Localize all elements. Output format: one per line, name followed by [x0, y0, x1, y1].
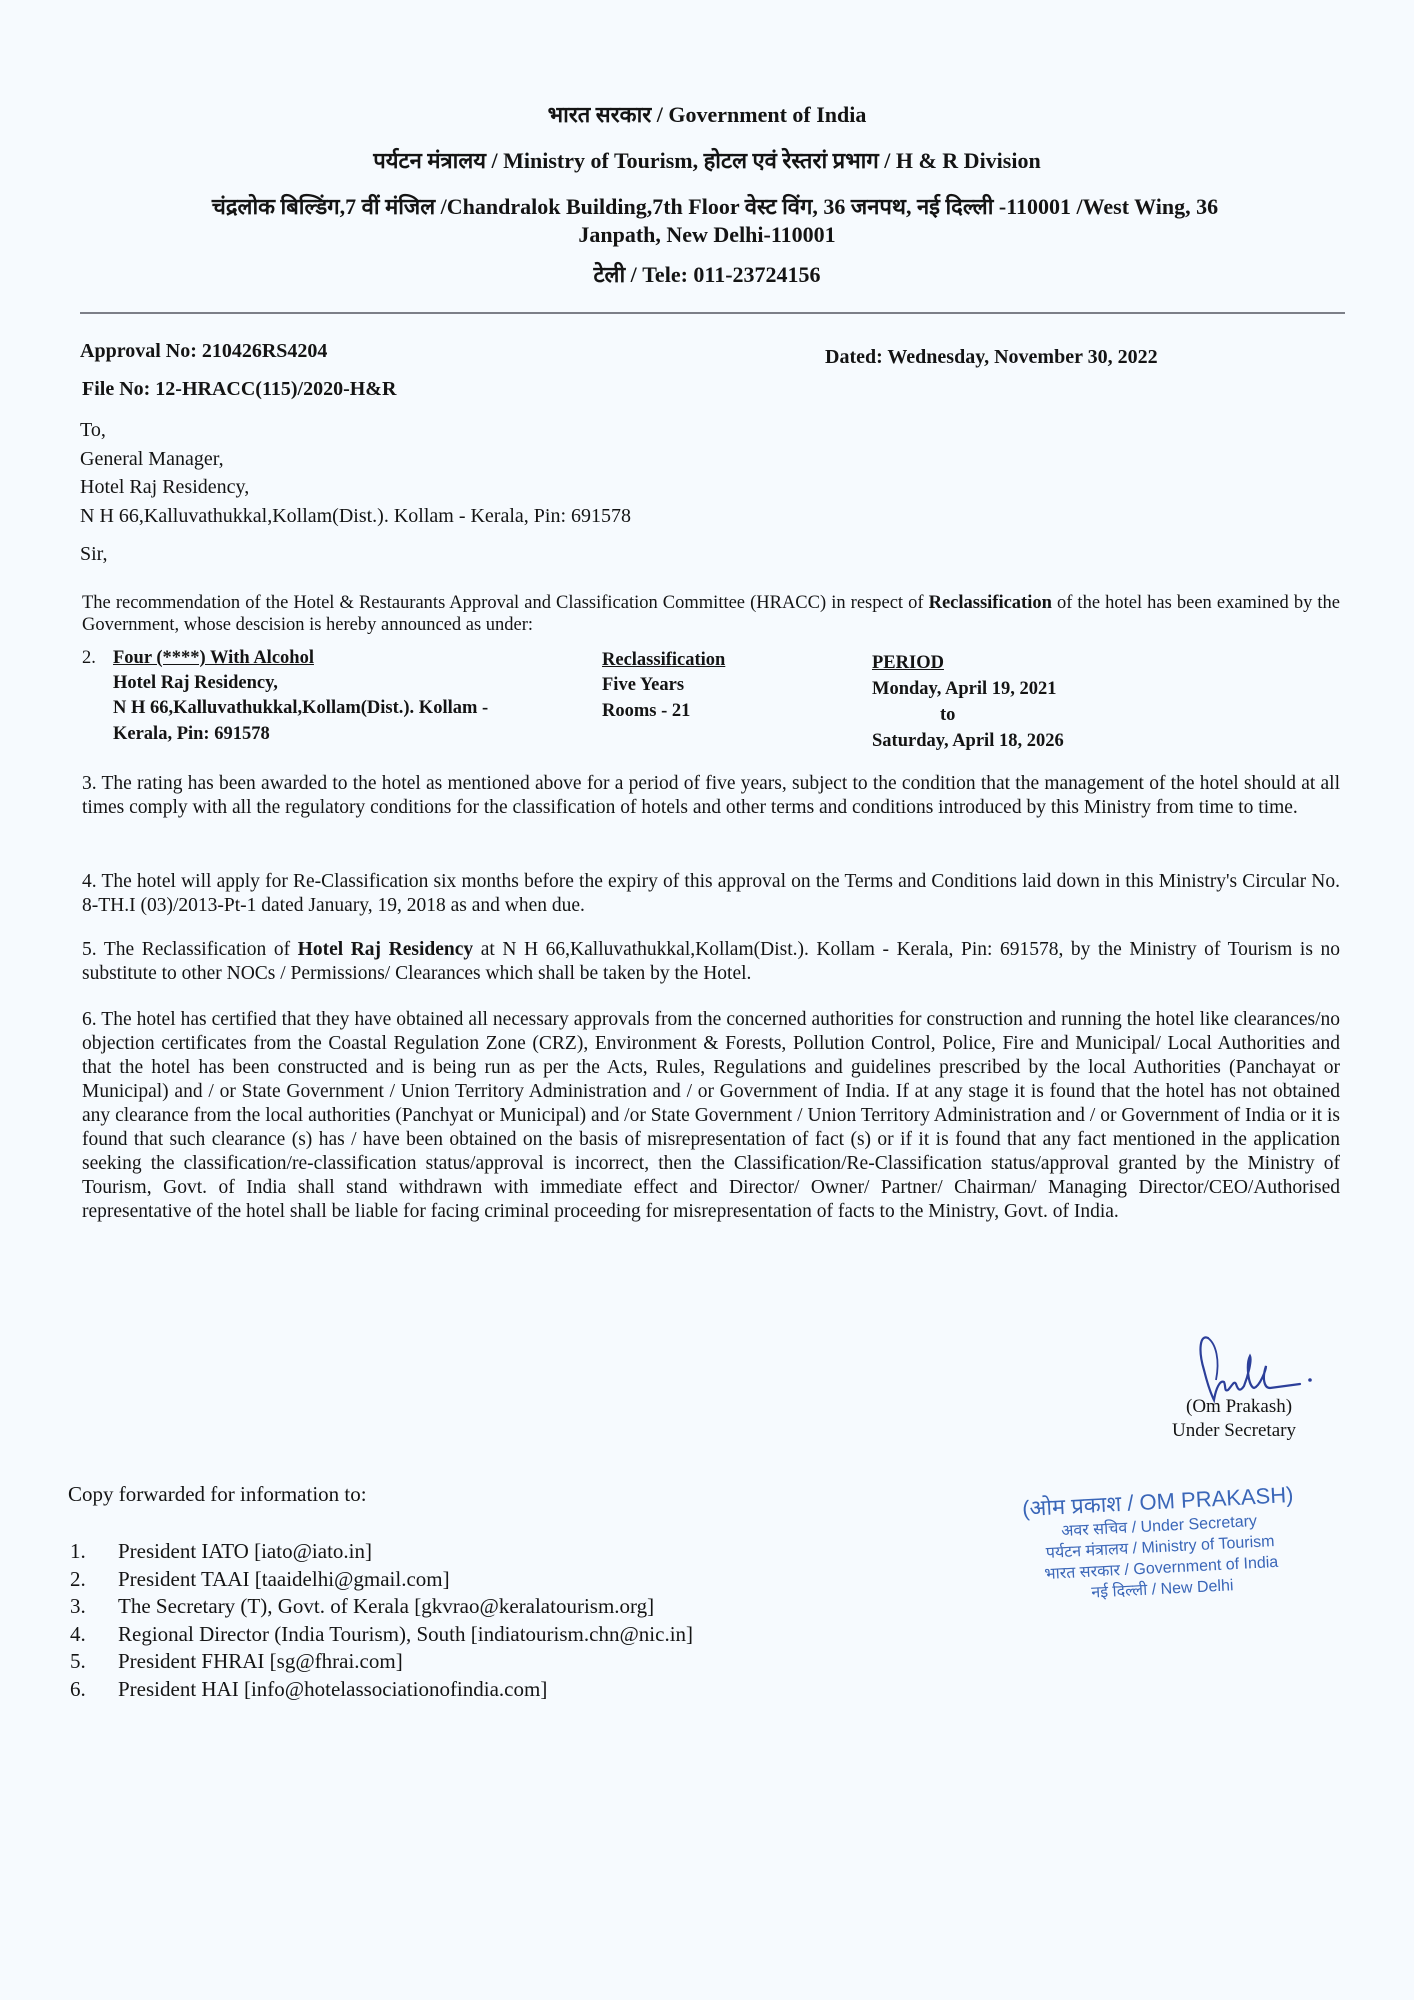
- paragraph-5: 5. The Reclassification of Hotel Raj Res…: [82, 938, 1340, 986]
- header-divider: [80, 312, 1345, 314]
- list-item-number: 4.: [70, 1621, 118, 1649]
- decision-rooms: Rooms - 21: [602, 699, 690, 725]
- list-item-text: President IATO [iato@iato.in]: [118, 1538, 372, 1566]
- period-to: to: [940, 703, 955, 729]
- letterhead-address: चंद्रलोक बिल्डिंग,7 वीं मंजिल /Chandralo…: [80, 194, 1350, 220]
- list-item-number: 5.: [70, 1648, 118, 1676]
- list-item-number: 3.: [70, 1593, 118, 1621]
- paragraph-3: 3. The rating has been awarded to the ho…: [82, 772, 1340, 820]
- period-header: PERIOD: [872, 651, 944, 677]
- signatory-name: (Om Prakash): [1186, 1396, 1292, 1418]
- decision-type-header: Reclassification: [602, 648, 725, 674]
- letterhead-address-city: Janpath, New Delhi-110001: [0, 222, 1414, 248]
- intro-bold-term: Reclassification: [929, 593, 1052, 613]
- addressee-title: General Manager,: [80, 446, 224, 472]
- list-item-number: 1.: [70, 1538, 118, 1566]
- salutation: Sir,: [80, 541, 108, 567]
- list-item: 5.President FHRAI [sg@fhrai.com]: [70, 1648, 693, 1676]
- addressee-to: To,: [80, 417, 106, 443]
- copy-forwarded-heading: Copy forwarded for information to:: [68, 1482, 367, 1507]
- paragraph-5-text: 5. The Reclassification of: [82, 939, 298, 960]
- list-item-text: President HAI [info@hotelassociationofin…: [118, 1676, 547, 1704]
- list-item-number: 6.: [70, 1676, 118, 1704]
- signatory-designation: Under Secretary: [1172, 1420, 1296, 1442]
- list-item: 3.The Secretary (T), Govt. of Kerala [gk…: [70, 1593, 693, 1621]
- official-stamp: (ओम प्रकाश / OM PRAKASH) अवर सचिव / Unde…: [1007, 1480, 1312, 1608]
- letterhead-telephone: टेली / Tele: 011-23724156: [0, 262, 1414, 288]
- list-item: 1.President IATO [iato@iato.in]: [70, 1538, 693, 1566]
- intro-paragraph: The recommendation of the Hotel & Restau…: [82, 592, 1340, 636]
- letter-date: Dated: Wednesday, November 30, 2022: [825, 346, 1158, 369]
- decision-number: 2.: [82, 646, 96, 672]
- period-start: Monday, April 19, 2021: [872, 677, 1057, 703]
- decision-address-line1: N H 66,Kalluvathukkal,Kollam(Dist.). Kol…: [113, 696, 488, 722]
- file-number: File No: 12-HRACC(115)/2020-H&R: [82, 378, 396, 401]
- list-item: 6.President HAI [info@hotelassociationof…: [70, 1676, 693, 1704]
- list-item: 4.Regional Director (India Tourism), Sou…: [70, 1621, 693, 1649]
- addressee-hotel: Hotel Raj Residency,: [80, 474, 249, 500]
- period-end: Saturday, April 18, 2026: [872, 729, 1064, 755]
- list-item-text: Regional Director (India Tourism), South…: [118, 1621, 693, 1649]
- copy-forwarded-list: 1.President IATO [iato@iato.in] 2.Presid…: [70, 1538, 693, 1703]
- decision-duration: Five Years: [602, 673, 684, 699]
- letterhead-government: भारत सरकार / Government of India: [0, 102, 1414, 128]
- list-item-text: President TAAI [taaidelhi@gmail.com]: [118, 1566, 450, 1594]
- list-item-text: President FHRAI [sg@fhrai.com]: [118, 1648, 403, 1676]
- letterhead-ministry: पर्यटन मंत्रालय / Ministry of Tourism, ह…: [0, 148, 1414, 174]
- decision-category: Four (****) With Alcohol: [113, 646, 314, 672]
- list-item-number: 2.: [70, 1566, 118, 1594]
- list-item-text: The Secretary (T), Govt. of Kerala [gkvr…: [118, 1593, 654, 1621]
- intro-text: The recommendation of the Hotel & Restau…: [82, 593, 929, 613]
- decision-address-line2: Kerala, Pin: 691578: [113, 722, 270, 748]
- decision-hotel: Hotel Raj Residency,: [113, 671, 278, 697]
- paragraph-6: 6. The hotel has certified that they hav…: [82, 1008, 1340, 1224]
- addressee-address: N H 66,Kalluvathukkal,Kollam(Dist.). Kol…: [80, 503, 631, 529]
- paragraph-4: 4. The hotel will apply for Re-Classific…: [82, 870, 1340, 918]
- paragraph-5-hotel-name: Hotel Raj Residency: [298, 939, 473, 960]
- approval-number: Approval No: 210426RS4204: [80, 340, 327, 363]
- list-item: 2.President TAAI [taaidelhi@gmail.com]: [70, 1566, 693, 1594]
